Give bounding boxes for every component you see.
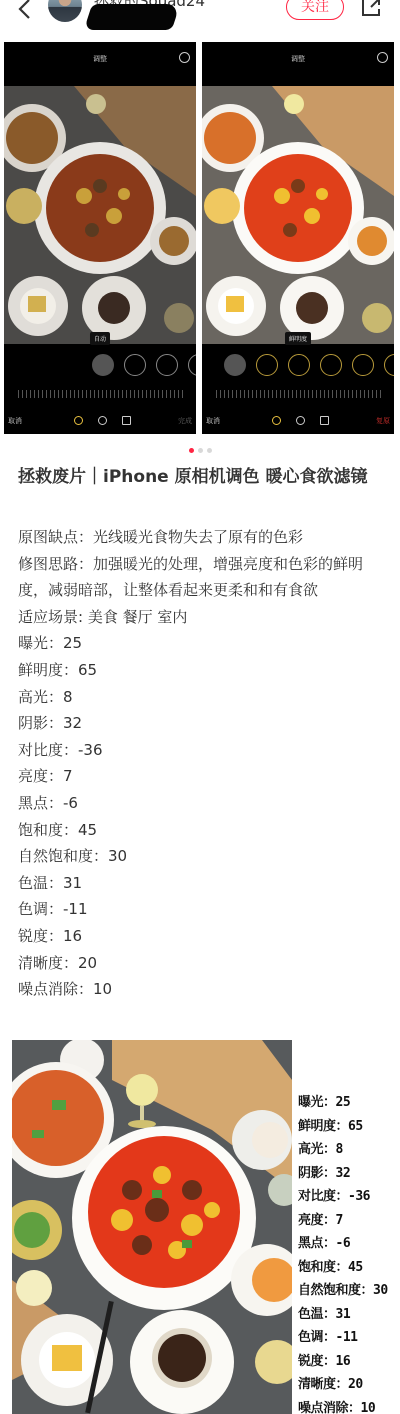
overlay-param: 噪点消除：10 — [298, 1397, 400, 1414]
avatar[interactable] — [48, 0, 82, 22]
share-icon[interactable] — [360, 0, 382, 18]
contrast-icon[interactable] — [384, 354, 394, 376]
food-photo-original — [4, 86, 196, 344]
carousel-dot-3[interactable] — [207, 448, 212, 453]
param-line: 自然饱和度：30 — [18, 843, 382, 870]
image-carousel[interactable]: 调整 自动 — [4, 42, 396, 434]
filter-icon[interactable] — [296, 416, 305, 425]
brilliance-icon[interactable] — [288, 354, 310, 376]
post-header: 拯救的Souad24 关注 — [0, 0, 400, 40]
overlay-param: 曝光：25 — [298, 1091, 400, 1115]
param-line: 锐度：16 — [18, 923, 382, 950]
overlay-param: 对比度：-36 — [298, 1185, 400, 1209]
overlay-param: 自然饱和度：30 — [298, 1279, 400, 1303]
param-line: 鲜明度：65 — [18, 657, 382, 684]
overlay-param: 饱和度：45 — [298, 1256, 400, 1280]
done-button[interactable]: 完成 — [178, 416, 192, 426]
editor-bottom-bar: 取消 完成 — [4, 416, 196, 430]
food-photo-edited — [202, 86, 394, 344]
brilliance-icon[interactable] — [156, 354, 178, 376]
overlay-param: 亮度：7 — [298, 1209, 400, 1233]
editor-bottom-bar: 取消 复原 — [202, 416, 394, 430]
param-line: 黑点：-6 — [18, 790, 382, 817]
overlay-param: 锐度：16 — [298, 1350, 400, 1374]
defect-text: 原图缺点：光线暖光食物失去了原有的色彩 — [18, 524, 382, 551]
shadows-icon[interactable] — [352, 354, 374, 376]
adjustment-controls — [202, 354, 394, 380]
exposure-icon[interactable] — [124, 354, 146, 376]
overlay-param: 黑点：-6 — [298, 1232, 400, 1256]
follow-button[interactable]: 关注 — [286, 0, 344, 20]
param-line: 阴影：32 — [18, 710, 382, 737]
scene-text: 适应场景: 美食 餐厅 室内 — [18, 604, 382, 631]
exposure-icon[interactable] — [256, 354, 278, 376]
screenshot-after: 调整 鲜明度 — [202, 42, 394, 434]
adjust-slider[interactable] — [216, 390, 384, 398]
param-line: 对比度：-36 — [18, 737, 382, 764]
overlay-param: 色调：-11 — [298, 1326, 400, 1350]
highlights-icon[interactable] — [320, 354, 342, 376]
magic-wand-icon[interactable] — [224, 354, 246, 376]
param-line: 曝光：25 — [18, 630, 382, 657]
crop-icon[interactable] — [122, 416, 131, 425]
param-line: 高光：8 — [18, 684, 382, 711]
param-line: 色调：-11 — [18, 896, 382, 923]
overlay-param: 色温：31 — [298, 1303, 400, 1327]
editor-title: 调整 — [4, 54, 196, 64]
adjust-icon[interactable] — [74, 416, 83, 425]
adjustment-label: 鲜明度 — [285, 332, 311, 345]
screenshot-before: 调整 自动 — [4, 42, 196, 434]
adjustment-label: 自动 — [90, 332, 110, 345]
cancel-button[interactable]: 取消 — [8, 416, 22, 426]
editor-title: 调整 — [202, 54, 394, 64]
redaction-mark — [84, 4, 180, 30]
overlay-param: 鲜明度：65 — [298, 1115, 400, 1139]
auto-enhance-icon — [377, 52, 388, 63]
param-line: 噪点消除：10 — [18, 976, 382, 1003]
food-photo-final[interactable] — [12, 1040, 292, 1414]
post-body: 原图缺点：光线暖光食物失去了原有的色彩 修图思路：加强暖光的处理，增强亮度和色彩… — [18, 524, 382, 1003]
carousel-indicator — [0, 448, 400, 453]
magic-wand-icon[interactable] — [92, 354, 114, 376]
overlay-param: 阴影：32 — [298, 1162, 400, 1186]
param-line: 色温：31 — [18, 870, 382, 897]
auto-enhance-icon — [179, 52, 190, 63]
overlay-param: 高光：8 — [298, 1138, 400, 1162]
cancel-button[interactable]: 取消 — [206, 416, 220, 426]
idea-text: 修图思路：加强暖光的处理，增强亮度和色彩的鲜明度，减弱暗部，让整体看起来更柔和和… — [18, 551, 382, 604]
post-title: 拯救废片｜iPhone 原相机调色 暖心食欲滤镜 — [18, 464, 382, 490]
crop-icon[interactable] — [320, 416, 329, 425]
param-line: 亮度：7 — [18, 763, 382, 790]
adjust-slider[interactable] — [18, 390, 186, 398]
highlights-icon[interactable] — [188, 354, 196, 376]
carousel-dot-2[interactable] — [198, 448, 203, 453]
adjust-icon[interactable] — [272, 416, 281, 425]
adjustment-controls — [4, 354, 196, 380]
overlay-param: 清晰度：20 — [298, 1373, 400, 1397]
revert-button[interactable]: 复原 — [376, 416, 390, 426]
chevron-left-icon[interactable] — [16, 0, 34, 22]
filter-icon[interactable] — [98, 416, 107, 425]
param-line: 饱和度：45 — [18, 817, 382, 844]
param-overlay: 曝光：25 鲜明度：65 高光：8 阴影：32 对比度：-36 亮度：7 黑点：… — [298, 1091, 400, 1414]
param-line: 清晰度：20 — [18, 950, 382, 977]
carousel-dot-1[interactable] — [189, 448, 194, 453]
